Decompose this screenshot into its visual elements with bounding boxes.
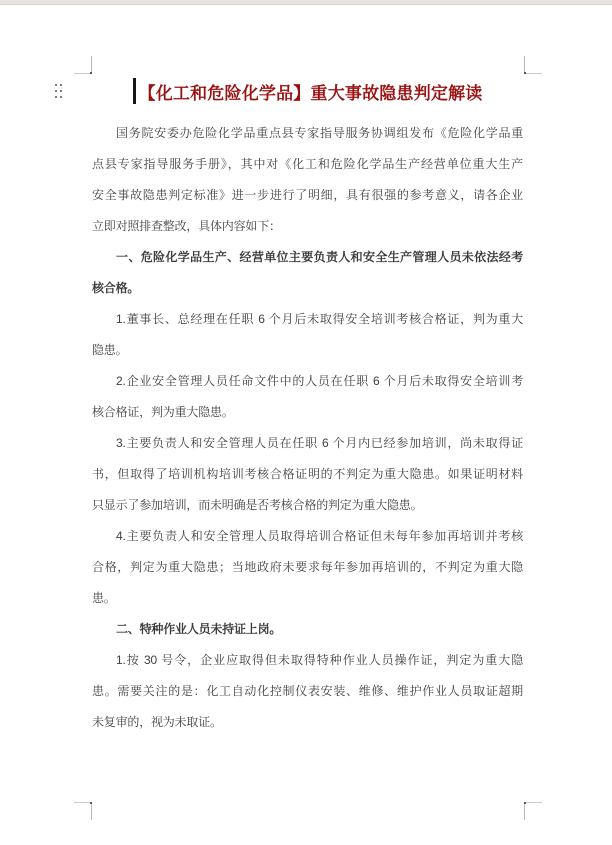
text-line[interactable]: 1.按 30 号令，企业应取得但未取得特种作业人员操作证，判定为重大隐	[92, 645, 523, 676]
canvas-top-strip	[0, 0, 612, 5]
body-paragraph: 3.主要负责人和安全管理人员在任职 6 个月内已经参加培训，尚未取得证书，但取得…	[92, 428, 523, 521]
body-paragraph: 国务院安委办危险化学品重点县专家指导服务协调组发布《危险化学品重点县专家指导服务…	[92, 118, 523, 242]
body-paragraph: 2.企业安全管理人员任命文件中的人员在任职 6 个月后未取得安全培训考核合格证，…	[92, 366, 523, 428]
page-margin-mark-bottom-right	[524, 802, 542, 820]
text-line[interactable]: 未复审的，视为未取证。	[92, 707, 523, 738]
page-margin-mark-top-left	[74, 56, 92, 74]
paragraphs-container: 国务院安委办危险化学品重点县专家指导服务协调组发布《危险化学品重点县专家指导服务…	[92, 118, 523, 738]
section-heading: 二、特种作业人员未持证上岗。	[92, 614, 523, 645]
text-line[interactable]: 一、危险化学品生产、经营单位主要负责人和安全生产管理人员未依法经考	[92, 242, 523, 273]
document-title[interactable]: 【化工和危险化学品】重大事故隐患判定解读	[92, 71, 523, 111]
section-heading: 一、危险化学品生产、经营单位主要负责人和安全生产管理人员未依法经考核合格。	[92, 242, 523, 304]
block-drag-handle-icon[interactable]	[55, 84, 62, 98]
text-line[interactable]: 合格，判定为重大隐患；当地政府未要求每年参加再培训的，不判定为重大隐	[92, 552, 523, 583]
text-line[interactable]: 核合格证，判为重大隐患。	[92, 397, 523, 428]
text-line[interactable]: 1.董事长、总经理在任职 6 个月后未取得安全培训考核合格证，判为重大	[92, 304, 523, 335]
page-margin-mark-bottom-left	[74, 802, 92, 820]
text-line[interactable]: 3.主要负责人和安全管理人员在任职 6 个月内已经参加培训，尚未取得证	[92, 428, 523, 459]
text-line[interactable]: 2.企业安全管理人员任命文件中的人员在任职 6 个月后未取得安全培训考	[92, 366, 523, 397]
document-content[interactable]: 【化工和危险化学品】重大事故隐患判定解读 国务院安委办危险化学品重点县专家指导服…	[92, 71, 523, 738]
text-line[interactable]: 核合格。	[92, 273, 523, 304]
text-line[interactable]: 点县专家指导服务手册》，其中对《化工和危险化学品生产经营单位重大生产	[92, 149, 523, 180]
text-line[interactable]: 隐患。	[92, 335, 523, 366]
body-paragraph: 1.董事长、总经理在任职 6 个月后未取得安全培训考核合格证，判为重大隐患。	[92, 304, 523, 366]
text-line[interactable]: 立即对照排查整改，具体内容如下：	[92, 211, 523, 242]
page-margin-mark-top-right	[524, 56, 542, 74]
text-line[interactable]: 4.主要负责人和安全管理人员取得培训合格证但未每年参加再培训并考核	[92, 521, 523, 552]
text-line[interactable]: 书，但取得了培训机构培训考核合格证明的不判定为重大隐患。如果证明材料	[92, 459, 523, 490]
text-line[interactable]: 安全事故隐患判定标准》进一步进行了明细，具有很强的参考意义，请各企业	[92, 180, 523, 211]
text-line[interactable]: 只显示了参加培训，而未明确是否考核合格的判定为重大隐患。	[92, 490, 523, 521]
title-text: 【化工和危险化学品】重大事故隐患判定解读	[139, 79, 483, 104]
text-line[interactable]: 国务院安委办危险化学品重点县专家指导服务协调组发布《危险化学品重	[92, 118, 523, 149]
title-caret-bar	[133, 78, 136, 104]
body-paragraph: 1.按 30 号令，企业应取得但未取得特种作业人员操作证，判定为重大隐患。需要关…	[92, 645, 523, 738]
body-paragraph: 4.主要负责人和安全管理人员取得培训合格证但未每年参加再培训并考核合格，判定为重…	[92, 521, 523, 614]
text-line[interactable]: 二、特种作业人员未持证上岗。	[92, 614, 523, 645]
text-line[interactable]: 患。需要关注的是：化工自动化控制仪表安装、维修、维护作业人员取证超期	[92, 676, 523, 707]
text-line[interactable]: 患。	[92, 583, 523, 614]
